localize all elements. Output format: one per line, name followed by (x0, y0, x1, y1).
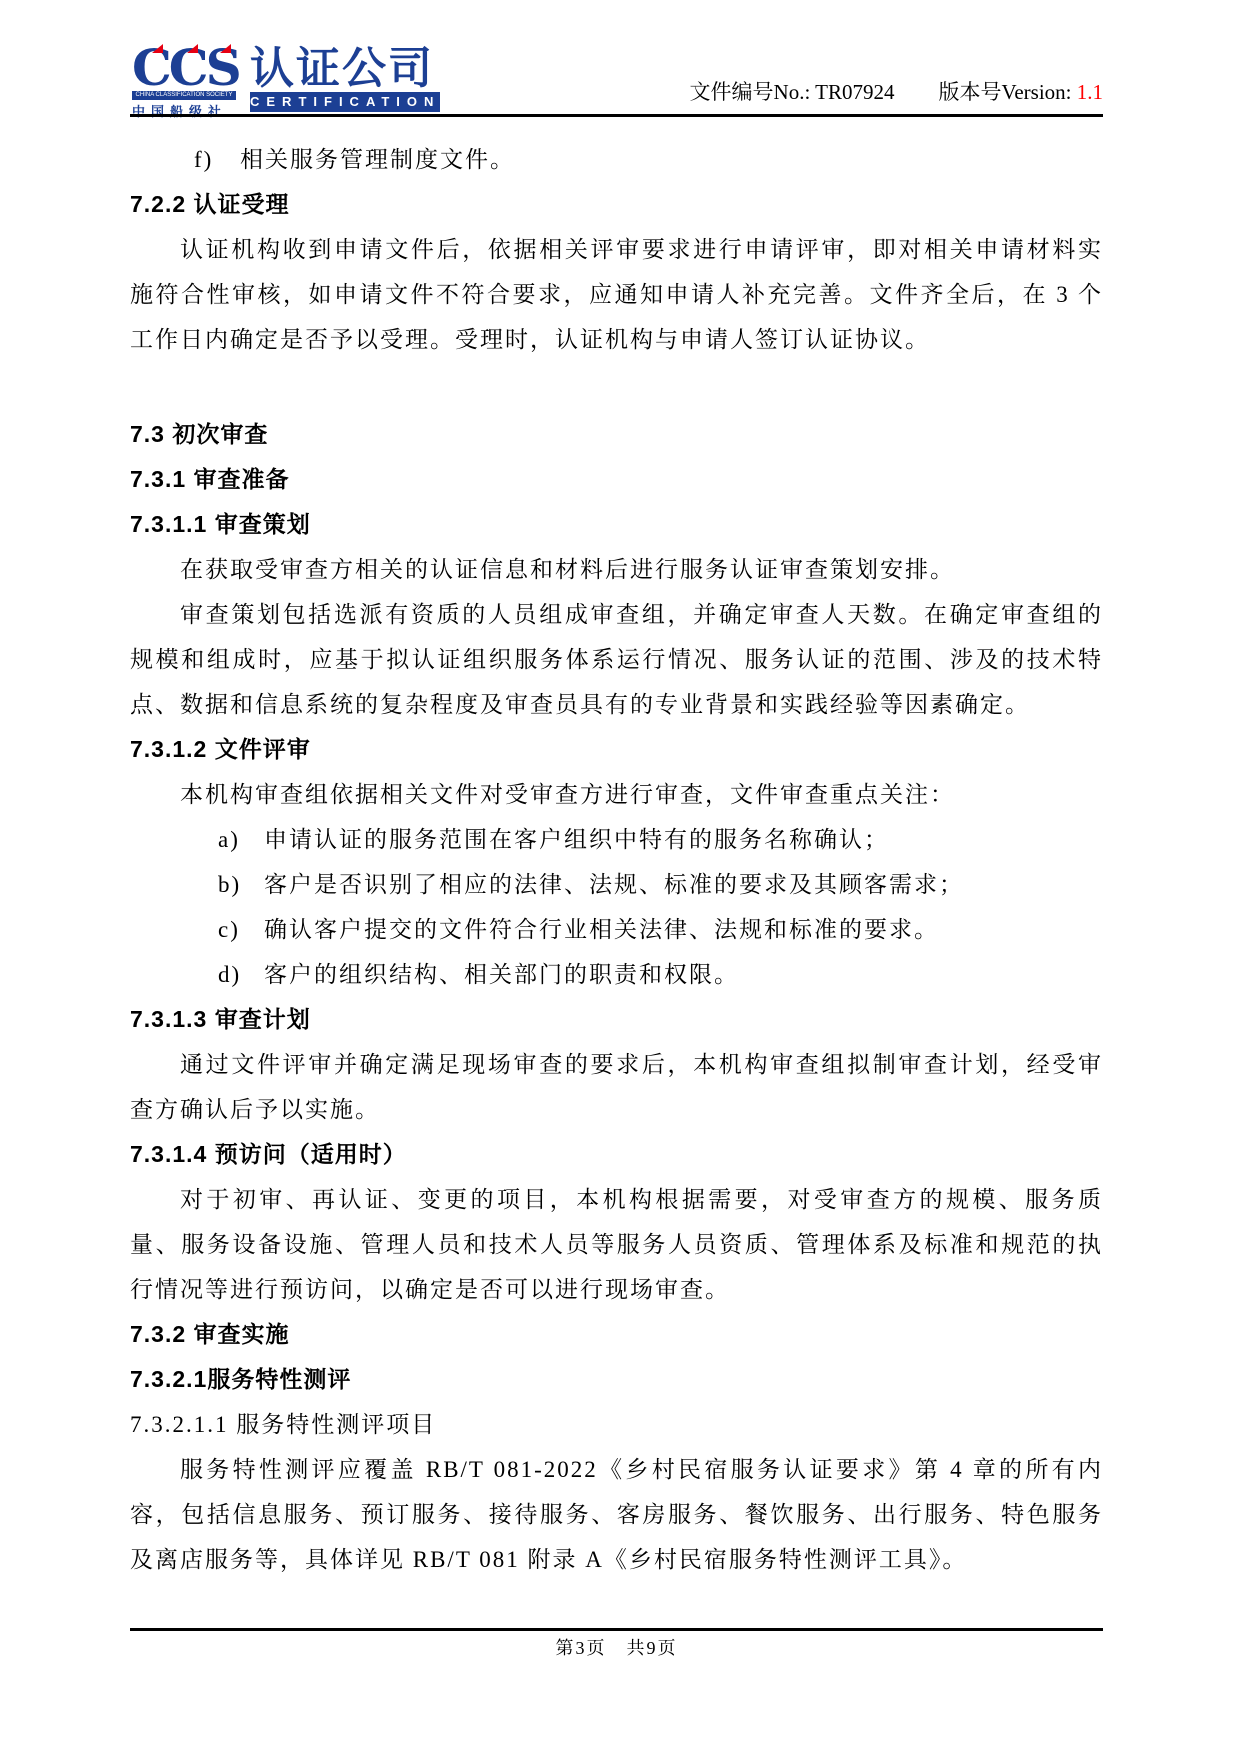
heading-7-3-1-3: 7.3.1.3 审查计划 (130, 997, 1103, 1042)
page-number: 第3页 共9页 (130, 1634, 1103, 1660)
list-marker: f) (194, 137, 240, 182)
list-marker: a) (218, 817, 264, 862)
heading-7-3: 7.3 初次审查 (130, 412, 1103, 457)
list-item-f: f) 相关服务管理制度文件。 (130, 137, 1103, 182)
list-text: 相关服务管理制度文件。 (240, 137, 1103, 182)
company-name-cn: 认证公司 (250, 48, 440, 90)
heading-7-2-2: 7.2.2 认证受理 (130, 182, 1103, 227)
list-item-b: b) 客户是否识别了相应的法律、法规、标准的要求及其顾客需求； (130, 862, 1103, 907)
list-marker: b) (218, 862, 264, 907)
heading-7-3-2-1-1: 7.3.2.1.1 服务特性测评项目 (130, 1402, 1103, 1447)
para-7-3-1-2: 本机构审查组依据相关文件对受审查方进行审查，文件审查重点关注： (130, 772, 1103, 817)
document-page: CCS CHINA CLASSIFICATION SOCIETY 中国船级社 认… (0, 0, 1233, 1743)
blank-space (130, 362, 1103, 412)
society-name-cn: 中国船级社 (132, 101, 240, 120)
heading-7-3-1-4: 7.3.1.4 预访问（适用时） (130, 1132, 1103, 1177)
para-7-3-1-1-a: 在获取受审查方相关的认证信息和材料后进行服务认证审查策划安排。 (130, 547, 1103, 592)
document-meta: 文件编号No.: TR07924版本号Version: 1.1 (690, 76, 1103, 106)
version-label: 版本号Version: (939, 80, 1077, 104)
list-text: 申请认证的服务范围在客户组织中特有的服务名称确认； (264, 817, 1103, 862)
list-text: 确认客户提交的文件符合行业相关法律、法规和标准的要求。 (264, 907, 1103, 952)
page-header: CCS CHINA CLASSIFICATION SOCIETY 中国船级社 认… (130, 46, 1103, 112)
list-item-a: a) 申请认证的服务范围在客户组织中特有的服务名称确认； (130, 817, 1103, 862)
para-7-3-1-4: 对于初审、再认证、变更的项目，本机构根据需要，对受审查方的规模、服务质量、服务设… (130, 1177, 1103, 1312)
header-divider (130, 114, 1103, 117)
para-7-2-2: 认证机构收到申请文件后，依据相关评审要求进行申请评审，即对相关申请材料实施符合性… (130, 227, 1103, 362)
ccs-letters: CCS (132, 48, 240, 88)
list-marker: d) (218, 952, 264, 997)
ccs-company-wordmark: 认证公司 CERTIFICATION (250, 48, 440, 112)
heading-7-3-1-2: 7.3.1.2 文件评审 (130, 727, 1103, 772)
heading-7-3-1: 7.3.1 审查准备 (130, 457, 1103, 502)
doc-number-label: 文件编号No.: (690, 80, 816, 104)
footer-divider (130, 1628, 1103, 1631)
logo-red-flag-icon (220, 44, 231, 53)
list-text: 客户的组织结构、相关部门的职责和权限。 (264, 952, 1103, 997)
ccs-logo: CCS CHINA CLASSIFICATION SOCIETY 中国船级社 认… (132, 48, 440, 120)
para-7-3-2-1-1: 服务特性测评应覆盖 RB/T 081-2022《乡村民宿服务认证要求》第 4 章… (130, 1447, 1103, 1582)
logo-red-flag-icon (152, 44, 163, 53)
list-text: 客户是否识别了相应的法律、法规、标准的要求及其顾客需求； (264, 862, 1103, 907)
document-body: f) 相关服务管理制度文件。 7.2.2 认证受理 认证机构收到申请文件后，依据… (130, 137, 1103, 1582)
para-7-3-1-1-b: 审查策划包括选派有资质的人员组成审查组，并确定审查人天数。在确定审查组的规模和组… (130, 592, 1103, 727)
certification-banner: CERTIFICATION (250, 92, 440, 112)
list-item-c: c) 确认客户提交的文件符合行业相关法律、法规和标准的要求。 (130, 907, 1103, 952)
heading-7-3-2: 7.3.2 审查实施 (130, 1312, 1103, 1357)
ccs-logo-mark: CCS CHINA CLASSIFICATION SOCIETY 中国船级社 (132, 48, 240, 120)
logo-red-flag-icon (187, 44, 198, 53)
society-name-en: CHINA CLASSIFICATION SOCIETY (132, 91, 236, 100)
para-7-3-1-3: 通过文件评审并确定满足现场审查的要求后，本机构审查组拟制审查计划，经受审查方确认… (130, 1042, 1103, 1132)
heading-7-3-2-1: 7.3.2.1服务特性测评 (130, 1357, 1103, 1402)
heading-7-3-1-1: 7.3.1.1 审查策划 (130, 502, 1103, 547)
list-marker: c) (218, 907, 264, 952)
list-item-d: d) 客户的组织结构、相关部门的职责和权限。 (130, 952, 1103, 997)
version-value: 1.1 (1077, 80, 1103, 104)
doc-number-value: TR07924 (815, 80, 894, 104)
